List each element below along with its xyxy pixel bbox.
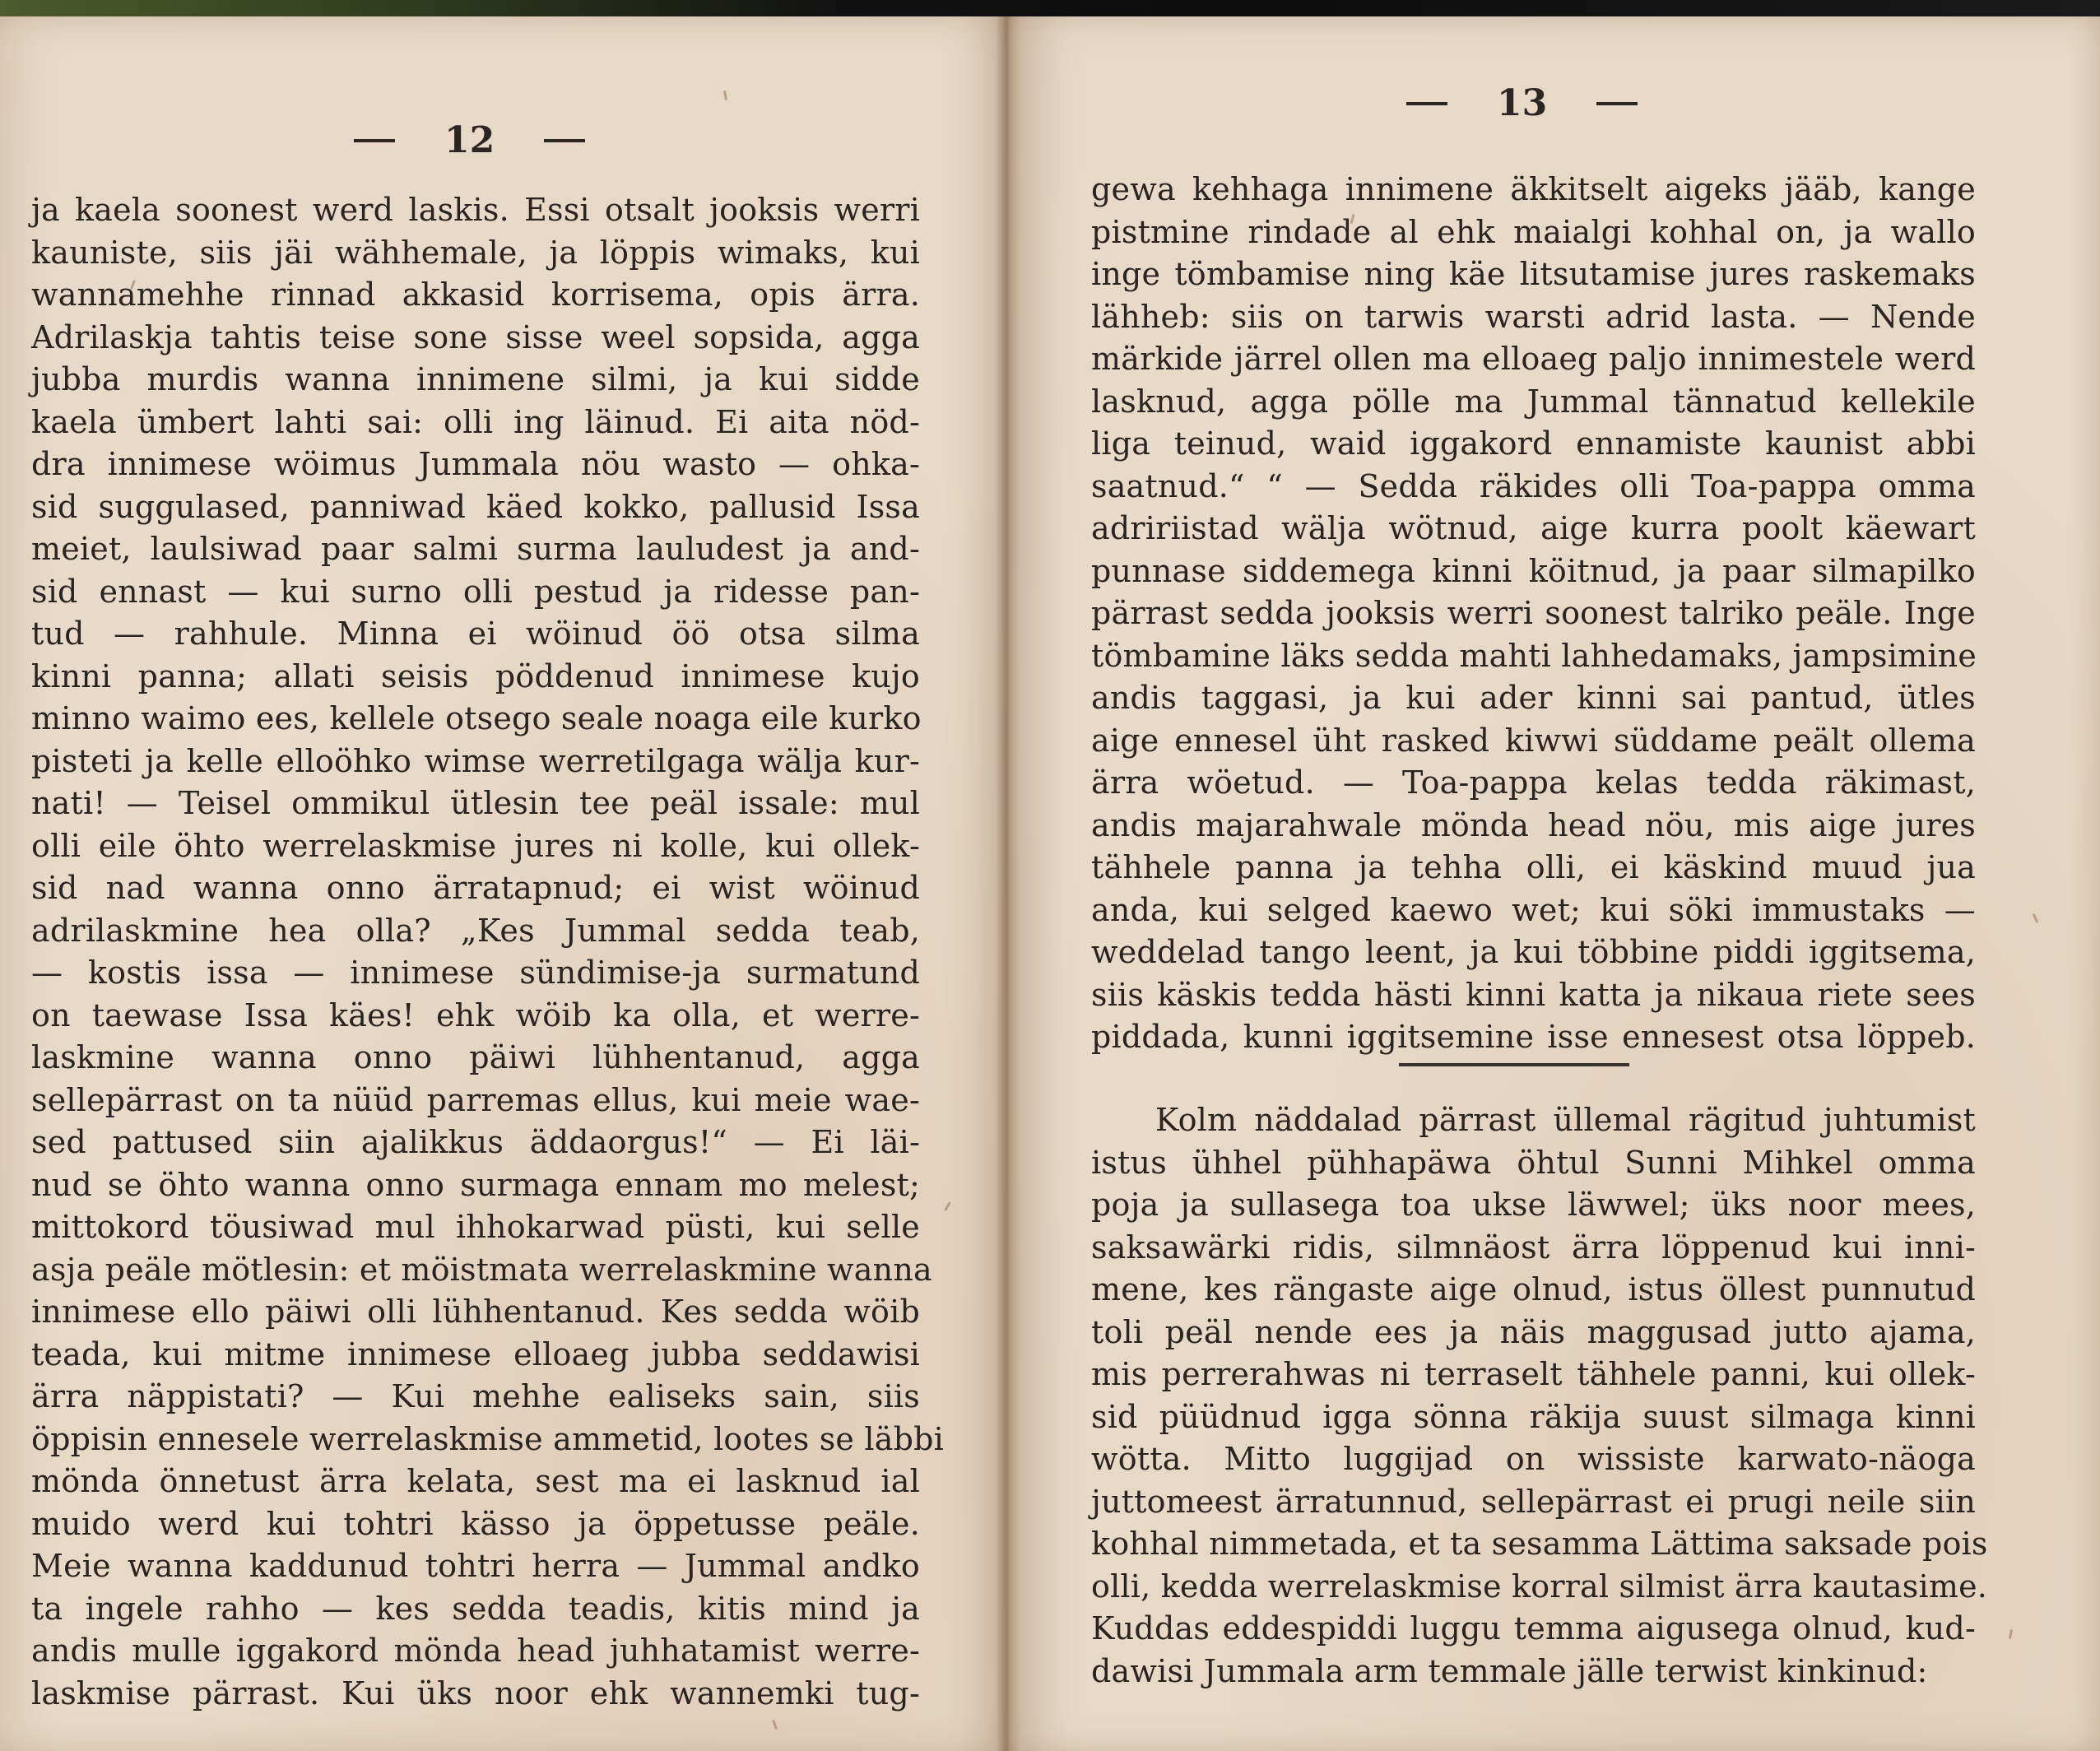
text-line: ja kaela soonest werd laskis. Essi otsal… [31, 189, 920, 232]
text-line: pärrast sedda jooksis werri soonest talr… [1091, 592, 1976, 635]
text-line: liga teinud, waid iggakord ennamiste kau… [1091, 423, 1976, 466]
book-cover-edge [0, 0, 2100, 18]
text-line: muido werd kui tohtri kässo ja öppetusse… [31, 1503, 920, 1546]
text-line: kohhal nimmetada, et ta sesamma Lättima … [1091, 1523, 1976, 1566]
text-line: sid nad wanna onno ärratapnud; ei wist w… [31, 867, 920, 910]
text-line: ärra wöetud. — Toa-pappa kelas tedda räk… [1091, 762, 1976, 805]
text-line: poja ja sullasega toa ukse läwwel; üks n… [1091, 1184, 1976, 1227]
text-line: kaela ümbert lahti sai: olli ing läinud.… [31, 402, 920, 444]
paper-fleck [723, 91, 727, 100]
text-line: laskmise pärrast. Kui üks noor ehk wanne… [31, 1673, 920, 1716]
text-line: sid ennast — kui surno olli pestud ja ri… [31, 571, 920, 614]
text-line: Kuddas eddespiddi luggu temma aigusega o… [1091, 1608, 1976, 1651]
text-line: teada, kui mitme innimese elloaeg jubba … [31, 1334, 920, 1377]
header-dash-right [544, 139, 585, 142]
text-line: ta ingele rahho — kes sedda teadis, kiti… [31, 1588, 920, 1631]
text-line: innimese ello päiwi olli lühhentanud. Ke… [31, 1291, 920, 1334]
text-line: kauniste, siis jäi wähhemale, ja löppis … [31, 232, 920, 275]
text-line: olli, kedda werrelaskmise korral silmist… [1091, 1566, 1976, 1609]
text-line: pistmine rindade al ehk maialgi kohhal o… [1091, 211, 1976, 254]
text-line: andis mulle iggakord mönda head juhhatam… [31, 1630, 920, 1673]
text-line: mis perrerahwas ni terraselt tähhele pan… [1091, 1354, 1976, 1396]
text-line: sid püüdnud igga sönna räkija suust silm… [1091, 1396, 1976, 1439]
text-line: dawisi Jummala arm temmale jälle terwist… [1091, 1651, 1976, 1693]
text-line: wötta. Mitto luggijad on wissiste karwat… [1091, 1438, 1976, 1481]
text-line: kinni panna; allati seisis pöddenud inni… [31, 656, 920, 699]
text-line: inge tömbamise ning käe litsutamise jure… [1091, 253, 1976, 296]
text-line: lasknud, agga pölle ma Jummal tännatud k… [1091, 381, 1976, 424]
text-line: pisteti ja kelle elloöhko wimse werretil… [31, 741, 920, 783]
text-line: nud se öhto wanna onno surmaga ennam mo … [31, 1164, 920, 1207]
text-line: tähhele panna ja tehha olli, ei käskind … [1091, 847, 1976, 889]
text-line: lähheb: siis on tarwis warsti adrid last… [1091, 296, 1976, 339]
text-line: sellepärrast on ta nüüd parremas ellus, … [31, 1080, 920, 1122]
text-line: tömbamine läks sedda mahti lahhedamaks, … [1091, 635, 1976, 678]
section-separator-rule [1399, 1063, 1629, 1066]
text-line: juttomeest ärratunnud, sellepärrast ei p… [1091, 1481, 1976, 1524]
text-line: mittokord töusiwad mul ihhokarwad püsti,… [31, 1206, 920, 1249]
text-line: Kolm näddalad pärrast üllemal rägitud ju… [1091, 1099, 1976, 1142]
header-dash-left [354, 139, 395, 142]
text-line: aige ennesel üht rasked kiwwi süddame pe… [1091, 720, 1976, 763]
text-line: olli eile öhto werrelaskmise jures ni ko… [31, 825, 920, 868]
text-line: meiet, laulsiwad paar salmi surma laulud… [31, 528, 920, 571]
page-body-text-block-1: gewa kehhaga innimene äkkitselt aigeks j… [1091, 169, 1976, 1059]
text-line: minno waimo ees, kellele otsego seale no… [31, 698, 920, 741]
page-body-text: ja kaela soonest werd laskis. Essi otsal… [31, 189, 920, 1715]
text-line: märkide järrel ollen ma elloaeg paljo in… [1091, 338, 1976, 381]
text-line: piddada, kunni iggitsemine isse ennesest… [1091, 1016, 1976, 1059]
book-gutter [996, 16, 1020, 1751]
text-line: öppisin ennesele werrelaskmise ammetid, … [31, 1419, 920, 1461]
page-number: 13 [1497, 82, 1547, 124]
paper-fleck [772, 1720, 778, 1730]
text-line: toli peäl nende ees ja näis maggusad jut… [1091, 1312, 1976, 1354]
text-line: asja peäle mötlesin: et möistmata werrel… [31, 1249, 920, 1292]
paper-fleck [2009, 1629, 2013, 1639]
text-line: — kostis issa — innimese sündimise-ja su… [31, 952, 920, 995]
text-line: nati! — Teisel ommikul ütlesin tee peäl … [31, 783, 920, 825]
page-number: 12 [444, 119, 495, 161]
paper-fleck [944, 1201, 951, 1211]
right-page: 13 gewa kehhaga innimene äkkitselt aigek… [1006, 16, 2100, 1751]
header-dash-right [1596, 102, 1638, 105]
text-line: saatnud.“ “ — Sedda räkides olli Toa-pap… [1091, 466, 1976, 509]
text-line: andis majarahwale mönda head nöu, mis ai… [1091, 805, 1976, 848]
text-line: siis käskis tedda hästi kinni katta ja n… [1091, 974, 1976, 1017]
left-page: 12 ja kaela soonest werd laskis. Essi ot… [0, 16, 1006, 1751]
text-line: Meie wanna kaddunud tohtri herra — Jumma… [31, 1545, 920, 1588]
text-line: andis taggasi, ja kui ader kinni sai pan… [1091, 677, 1976, 720]
page-body-text-block-2: Kolm näddalad pärrast üllemal rägitud ju… [1091, 1099, 1976, 1693]
header-dash-left [1406, 102, 1447, 105]
paper-fleck [2033, 913, 2039, 923]
text-line: anda, kui selged kaewo wet; kui söki imm… [1091, 889, 1976, 932]
text-line: punnase siddemega kinni köitnud, ja paar… [1091, 550, 1976, 593]
text-line: sid suggulased, panniwad käed kokko, pal… [31, 486, 920, 529]
book-scan: 12 ja kaela soonest werd laskis. Essi ot… [0, 0, 2100, 1751]
text-line: saksawärki ridis, silmnäost ärra löppenu… [1091, 1227, 1976, 1270]
text-line: tud — rahhule. Minna ei wöinud öö otsa s… [31, 613, 920, 656]
text-line: jubba murdis wanna innimene silmi, ja ku… [31, 359, 920, 402]
text-line: wannamehhe rinnad akkasid korrisema, opi… [31, 274, 920, 317]
page-header-right: 13 [1406, 82, 1638, 124]
text-line: mene, kes rängaste aige olnud, istus öll… [1091, 1269, 1976, 1312]
text-line: Adrilaskja tahtis teise sone sisse weel … [31, 317, 920, 360]
text-line: adrilaskmine hea olla? „Kes Jummal sedda… [31, 910, 920, 953]
text-line: dra innimese wöimus Jummala nöu wasto — … [31, 444, 920, 486]
text-line: adririistad wälja wötnud, aige kurra poo… [1091, 508, 1976, 550]
text-line: on taewase Issa käes! ehk wöib ka olla, … [31, 995, 920, 1038]
text-line: istus ühhel pühhapäwa öhtul Sunni Mihkel… [1091, 1142, 1976, 1185]
text-line: weddelad tango leent, ja kui többine pid… [1091, 931, 1976, 974]
text-line: sed pattused siin ajalikkus äddaorgus!“ … [31, 1122, 920, 1164]
text-line: ärra näppistati? — Kui mehhe ealiseks sa… [31, 1376, 920, 1419]
text-line: gewa kehhaga innimene äkkitselt aigeks j… [1091, 169, 1976, 211]
text-line: mönda önnetust ärra kelata, sest ma ei l… [31, 1461, 920, 1503]
text-line: laskmine wanna onno päiwi lühhentanud, a… [31, 1037, 920, 1080]
page-header-left: 12 [354, 119, 585, 161]
